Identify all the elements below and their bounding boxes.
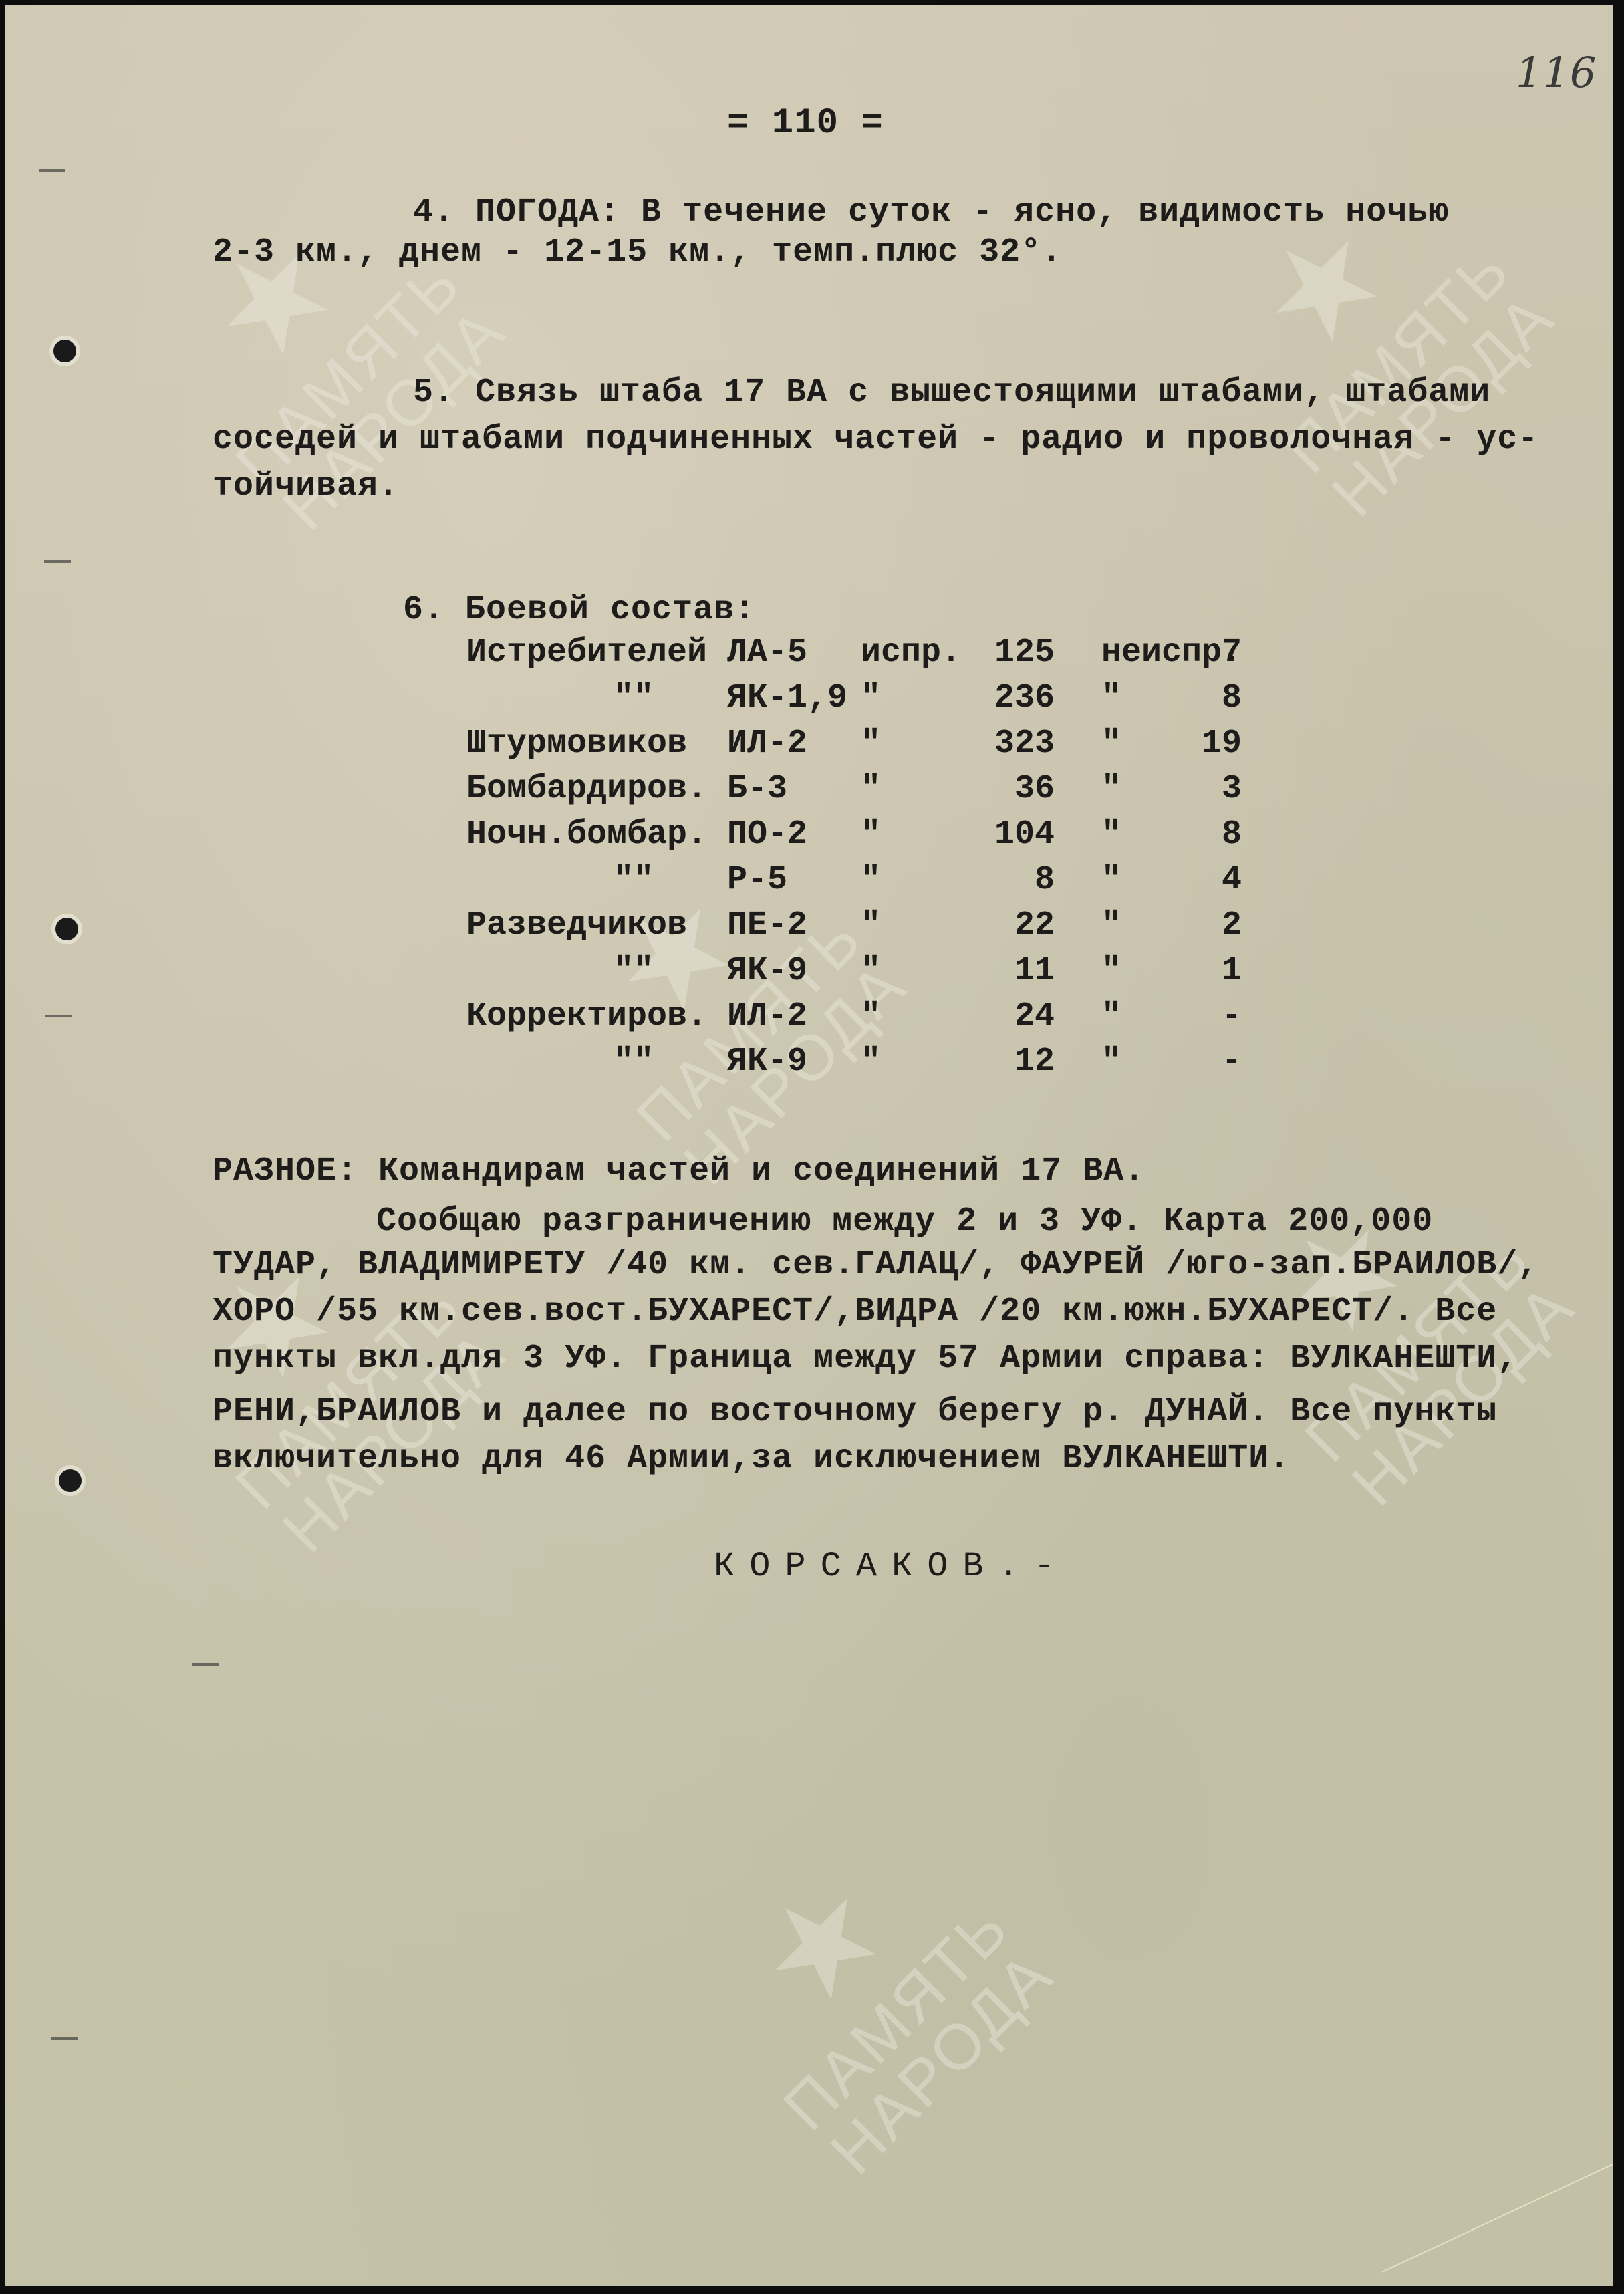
row-aircraft-type: ЯК-9 (727, 952, 807, 990)
row-unserviceable-count: 7 (1188, 634, 1242, 672)
row-serviceable-count: 11 (981, 952, 1055, 990)
row-unserviceable-label: " (1101, 679, 1121, 717)
watermark-line2: НАРОДА (270, 295, 518, 543)
row-aircraft-type: ПЕ-2 (727, 906, 807, 944)
margin-mark (192, 1663, 219, 1666)
misc-line1: РАЗНОЕ: Командирам частей и соединений 1… (213, 1155, 1145, 1188)
row-unserviceable-label: " (1101, 952, 1121, 990)
star-icon: ★ (674, 1795, 970, 2091)
misc-line6: РЕНИ,БРАИЛОВ и далее по восточному берег… (213, 1396, 1497, 1429)
row-serviceable-count: 8 (981, 861, 1055, 899)
row-category: "" (614, 679, 654, 717)
document-page: ★ ПАМЯТЬ НАРОДА ★ ПАМЯТЬ НАРОДА ★ ПАМЯТЬ… (5, 5, 1613, 2286)
section5-line3: тойчивая. (213, 470, 399, 503)
binder-hole (55, 918, 78, 940)
row-aircraft-type: Б-3 (727, 770, 787, 808)
section4-line2: 2-3 км., днем - 12-15 км., темп.плюс 32°… (213, 236, 1062, 269)
misc-line2: Сообщаю разграничению между 2 и 3 УФ. Ка… (376, 1205, 1433, 1239)
row-category: Штурмовиков (466, 725, 687, 763)
row-unserviceable-count: 8 (1188, 815, 1242, 854)
row-serviceable-label: " (861, 679, 881, 717)
section5-line2: соседей и штабами подчиненных частей - р… (213, 423, 1538, 457)
row-serviceable-label: " (861, 997, 881, 1035)
row-serviceable-label: " (861, 906, 881, 944)
margin-mark (44, 560, 71, 563)
row-category: Ночн.бомбар. (466, 815, 707, 854)
misc-line4: ХОРО /55 км.сев.вост.БУХАРЕСТ/,ВИДРА /20… (213, 1295, 1497, 1329)
row-unserviceable-label: " (1101, 725, 1121, 763)
row-aircraft-type: ИЛ-2 (727, 725, 807, 763)
row-category: Истребителей (466, 634, 707, 672)
row-unserviceable-label: " (1101, 1043, 1121, 1081)
row-serviceable-label: " (861, 952, 881, 990)
row-category: Корректиров. (466, 997, 707, 1035)
watermark: ★ ПАМЯТЬ НАРОДА (674, 1795, 1066, 2187)
row-unserviceable-count: 8 (1188, 679, 1242, 717)
star-icon: ★ (126, 150, 422, 447)
row-unserviceable-count: 1 (1188, 952, 1242, 990)
row-category: Разведчиков (466, 906, 687, 944)
row-aircraft-type: ИЛ-2 (727, 997, 807, 1035)
row-unserviceable-label: " (1101, 997, 1121, 1035)
row-aircraft-type: ЛА-5 (727, 634, 807, 672)
section6-heading: 6. Боевой состав: (403, 594, 755, 627)
corner-fold-line (1382, 2150, 1613, 2273)
row-aircraft-type: ЯК-9 (727, 1043, 807, 1081)
misc-line7: включительно для 46 Армии,за исключением… (213, 1442, 1290, 1476)
row-aircraft-type: ЯК-1,9 (727, 679, 847, 717)
misc-line3: ТУДАР, ВЛАДИМИРЕТУ /40 км. сев.ГАЛАЦ/, Ф… (213, 1249, 1538, 1282)
row-serviceable-count: 22 (981, 906, 1055, 944)
row-unserviceable-label: " (1101, 861, 1121, 899)
row-serviceable-count: 236 (981, 679, 1055, 717)
margin-mark (51, 2037, 78, 2040)
row-category: "" (614, 1043, 654, 1081)
watermark-line2: НАРОДА (818, 1940, 1066, 2188)
row-category: "" (614, 861, 654, 899)
row-aircraft-type: Р-5 (727, 861, 787, 899)
row-serviceable-label: испр. (861, 634, 961, 672)
row-unserviceable-count: 4 (1188, 861, 1242, 899)
row-unserviceable-count: - (1188, 1043, 1242, 1081)
row-unserviceable-count: 19 (1188, 725, 1242, 763)
watermark-line1: ПАМЯТЬ (773, 1894, 1021, 2142)
row-unserviceable-count: 3 (1188, 770, 1242, 808)
misc-line5: пункты вкл.для 3 УФ. Граница между 57 Ар… (213, 1342, 1518, 1376)
row-unserviceable-count: - (1188, 997, 1242, 1035)
row-unserviceable-label: " (1101, 770, 1121, 808)
row-serviceable-label: " (861, 1043, 881, 1081)
row-aircraft-type: ПО-2 (727, 815, 807, 854)
section4-line1: 4. ПОГОДА: В течение суток - ясно, видим… (413, 196, 1449, 229)
row-serviceable-label: " (861, 861, 881, 899)
row-serviceable-count: 12 (981, 1043, 1055, 1081)
row-category: "" (614, 952, 654, 990)
page-number: = 110 = (727, 106, 884, 142)
row-serviceable-count: 36 (981, 770, 1055, 808)
row-serviceable-count: 323 (981, 725, 1055, 763)
row-serviceable-count: 24 (981, 997, 1055, 1035)
section5-line1: 5. Связь штаба 17 ВА с вышестоящими штаб… (413, 376, 1490, 410)
binder-hole (53, 340, 76, 362)
margin-mark (39, 169, 65, 172)
margin-mark (45, 1015, 72, 1017)
row-category: Бомбардиров. (466, 770, 707, 808)
row-unserviceable-count: 2 (1188, 906, 1242, 944)
binder-hole (59, 1469, 82, 1492)
row-serviceable-count: 125 (981, 634, 1055, 672)
row-serviceable-count: 104 (981, 815, 1055, 854)
signature: КОРСАКОВ.- (714, 1549, 1069, 1584)
row-unserviceable-label: " (1101, 906, 1121, 944)
archive-sheet-number: 116 (1516, 52, 1597, 94)
row-serviceable-label: " (861, 815, 881, 854)
row-serviceable-label: " (861, 770, 881, 808)
row-unserviceable-label: " (1101, 815, 1121, 854)
row-serviceable-label: " (861, 725, 881, 763)
